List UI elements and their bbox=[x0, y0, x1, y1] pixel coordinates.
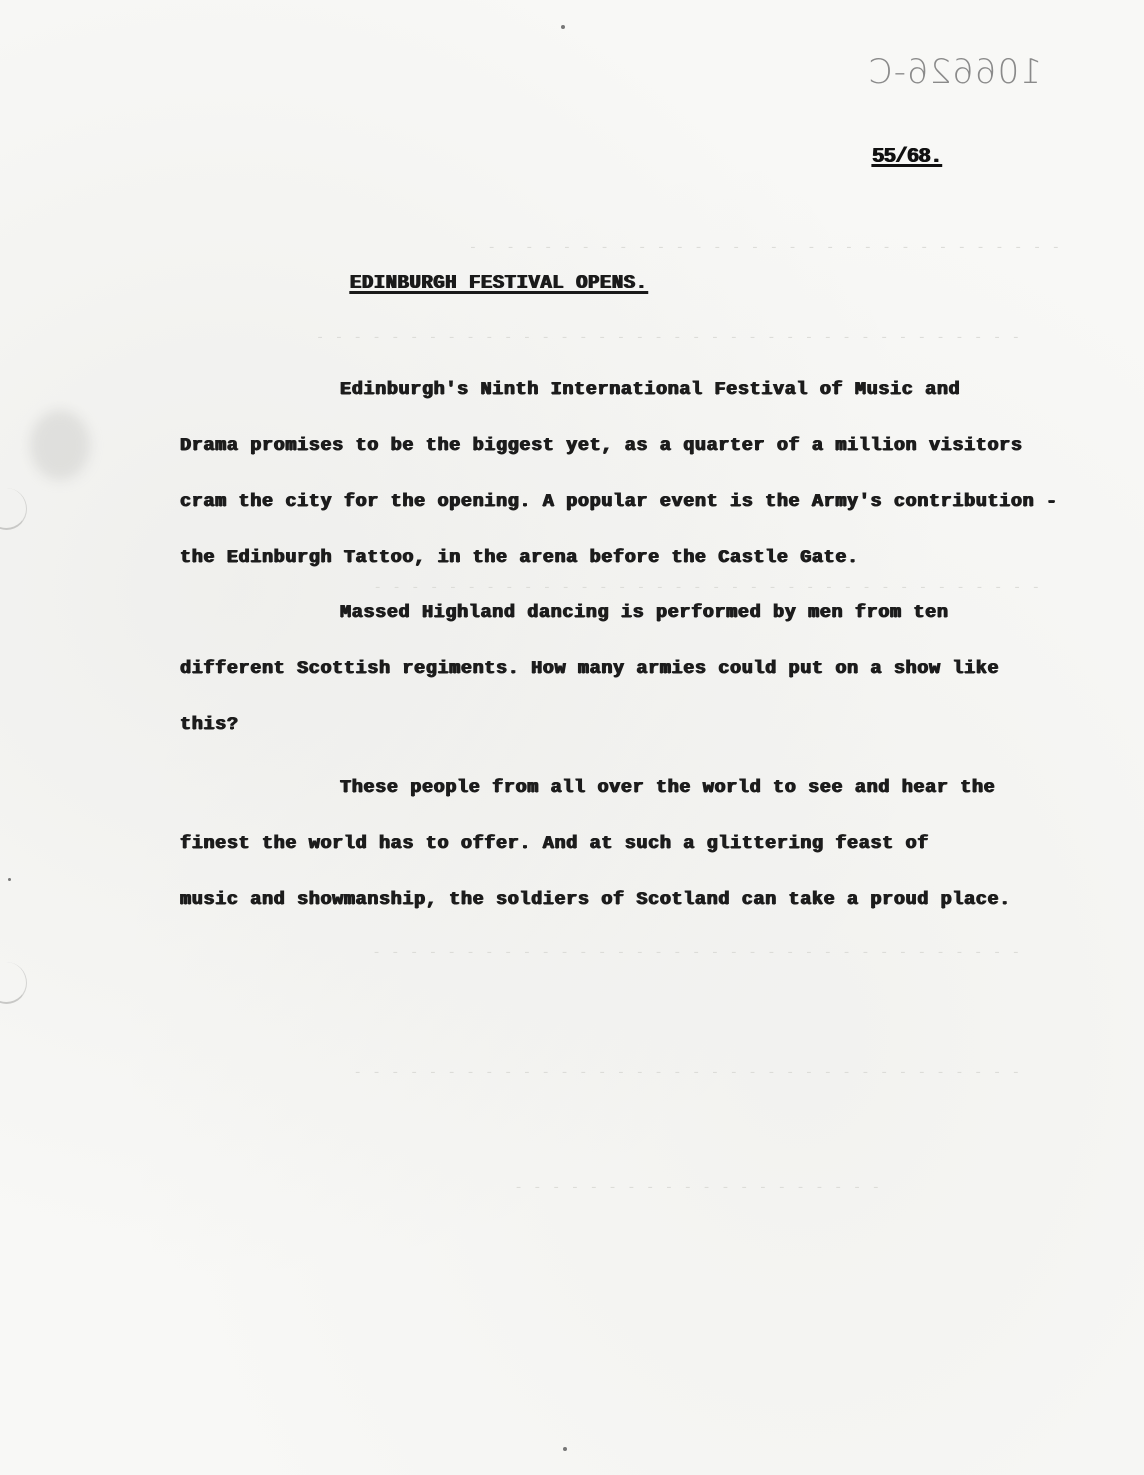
text-line: different Scottish regiments. How many a… bbox=[180, 641, 1080, 697]
punch-hole bbox=[0, 488, 27, 530]
bleed-through-text: - - - - - - - - - - - - - - - - - - - - … bbox=[360, 240, 1060, 256]
bleed-through-text: - - - - - - - - - - - - - - - - - - - - … bbox=[160, 945, 1020, 961]
text-line: this? bbox=[180, 697, 1080, 753]
bleed-through-text: - - - - - - - - - - - - - - - - - - - - … bbox=[120, 330, 1020, 346]
text-line: Massed Highland dancing is performed by … bbox=[180, 585, 1080, 641]
text-line: Drama promises to be the biggest yet, as… bbox=[180, 418, 1080, 474]
text-line: music and showmanship, the soldiers of S… bbox=[180, 872, 1080, 928]
paragraph-1: Edinburgh's Ninth International Festival… bbox=[180, 362, 1080, 586]
text-line: finest the world has to offer. And at su… bbox=[180, 816, 1080, 872]
text-line: These people from all over the world to … bbox=[180, 760, 1080, 816]
speck bbox=[8, 878, 11, 881]
punch-hole bbox=[0, 962, 27, 1004]
page-reference: 55/68. bbox=[872, 146, 942, 169]
page-heading: EDINBURGH FESTIVAL OPENS. bbox=[350, 272, 648, 294]
handwritten-document-id: 106626-C bbox=[868, 52, 1042, 92]
paragraph-2: Massed Highland dancing is performed by … bbox=[180, 585, 1080, 753]
document-page: - - - - - - - - - - - - - - - - - - - - … bbox=[0, 0, 1144, 1475]
smudge bbox=[30, 410, 90, 480]
bleed-through-text: - - - - - - - - - - - - - - - - - - - - … bbox=[120, 1065, 1020, 1081]
speck bbox=[561, 25, 565, 29]
text-line: cram the city for the opening. A popular… bbox=[180, 474, 1080, 530]
bleed-through-text: - - - - - - - - - - - - - - - - - - - - bbox=[380, 1180, 880, 1196]
speck bbox=[563, 1447, 567, 1451]
text-line: the Edinburgh Tattoo, in the arena befor… bbox=[180, 530, 1080, 586]
text-line: Edinburgh's Ninth International Festival… bbox=[180, 362, 1080, 418]
paragraph-3: These people from all over the world to … bbox=[180, 760, 1080, 928]
